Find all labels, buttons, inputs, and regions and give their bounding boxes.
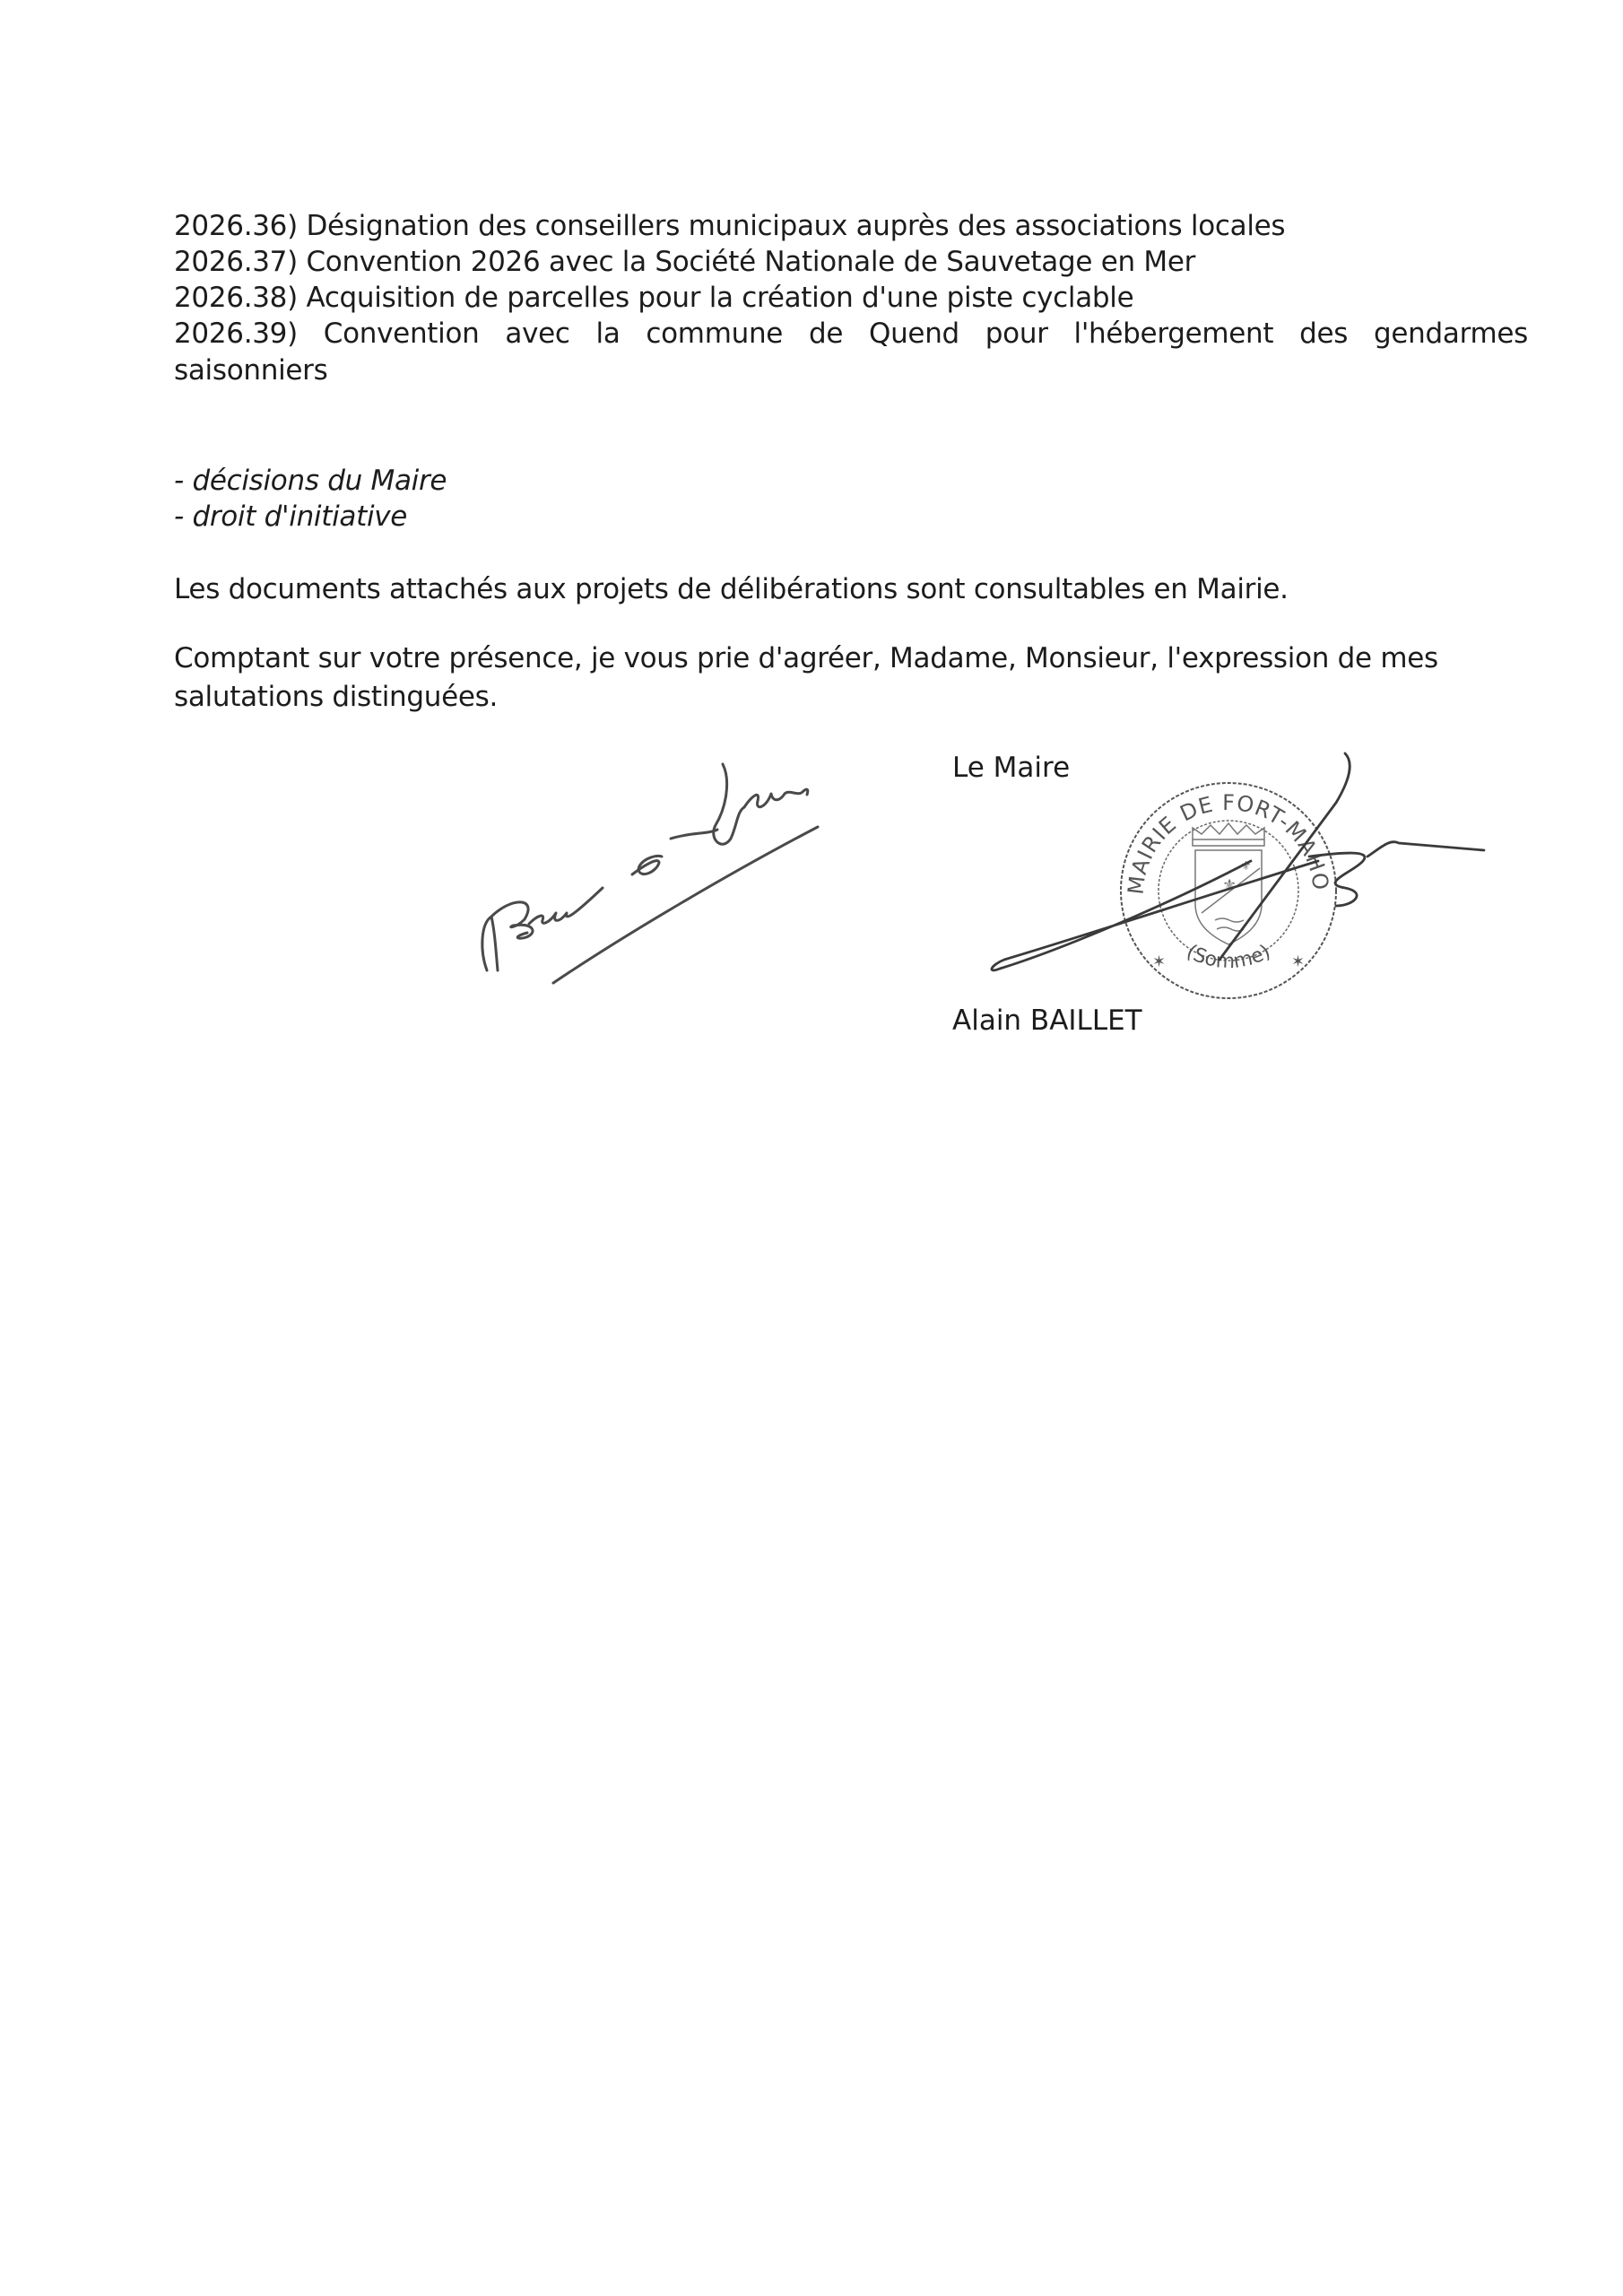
mayor-signature <box>0 0 1623 2296</box>
document-page: 2026.36) Désignation des conseillers mun… <box>0 0 1623 2296</box>
